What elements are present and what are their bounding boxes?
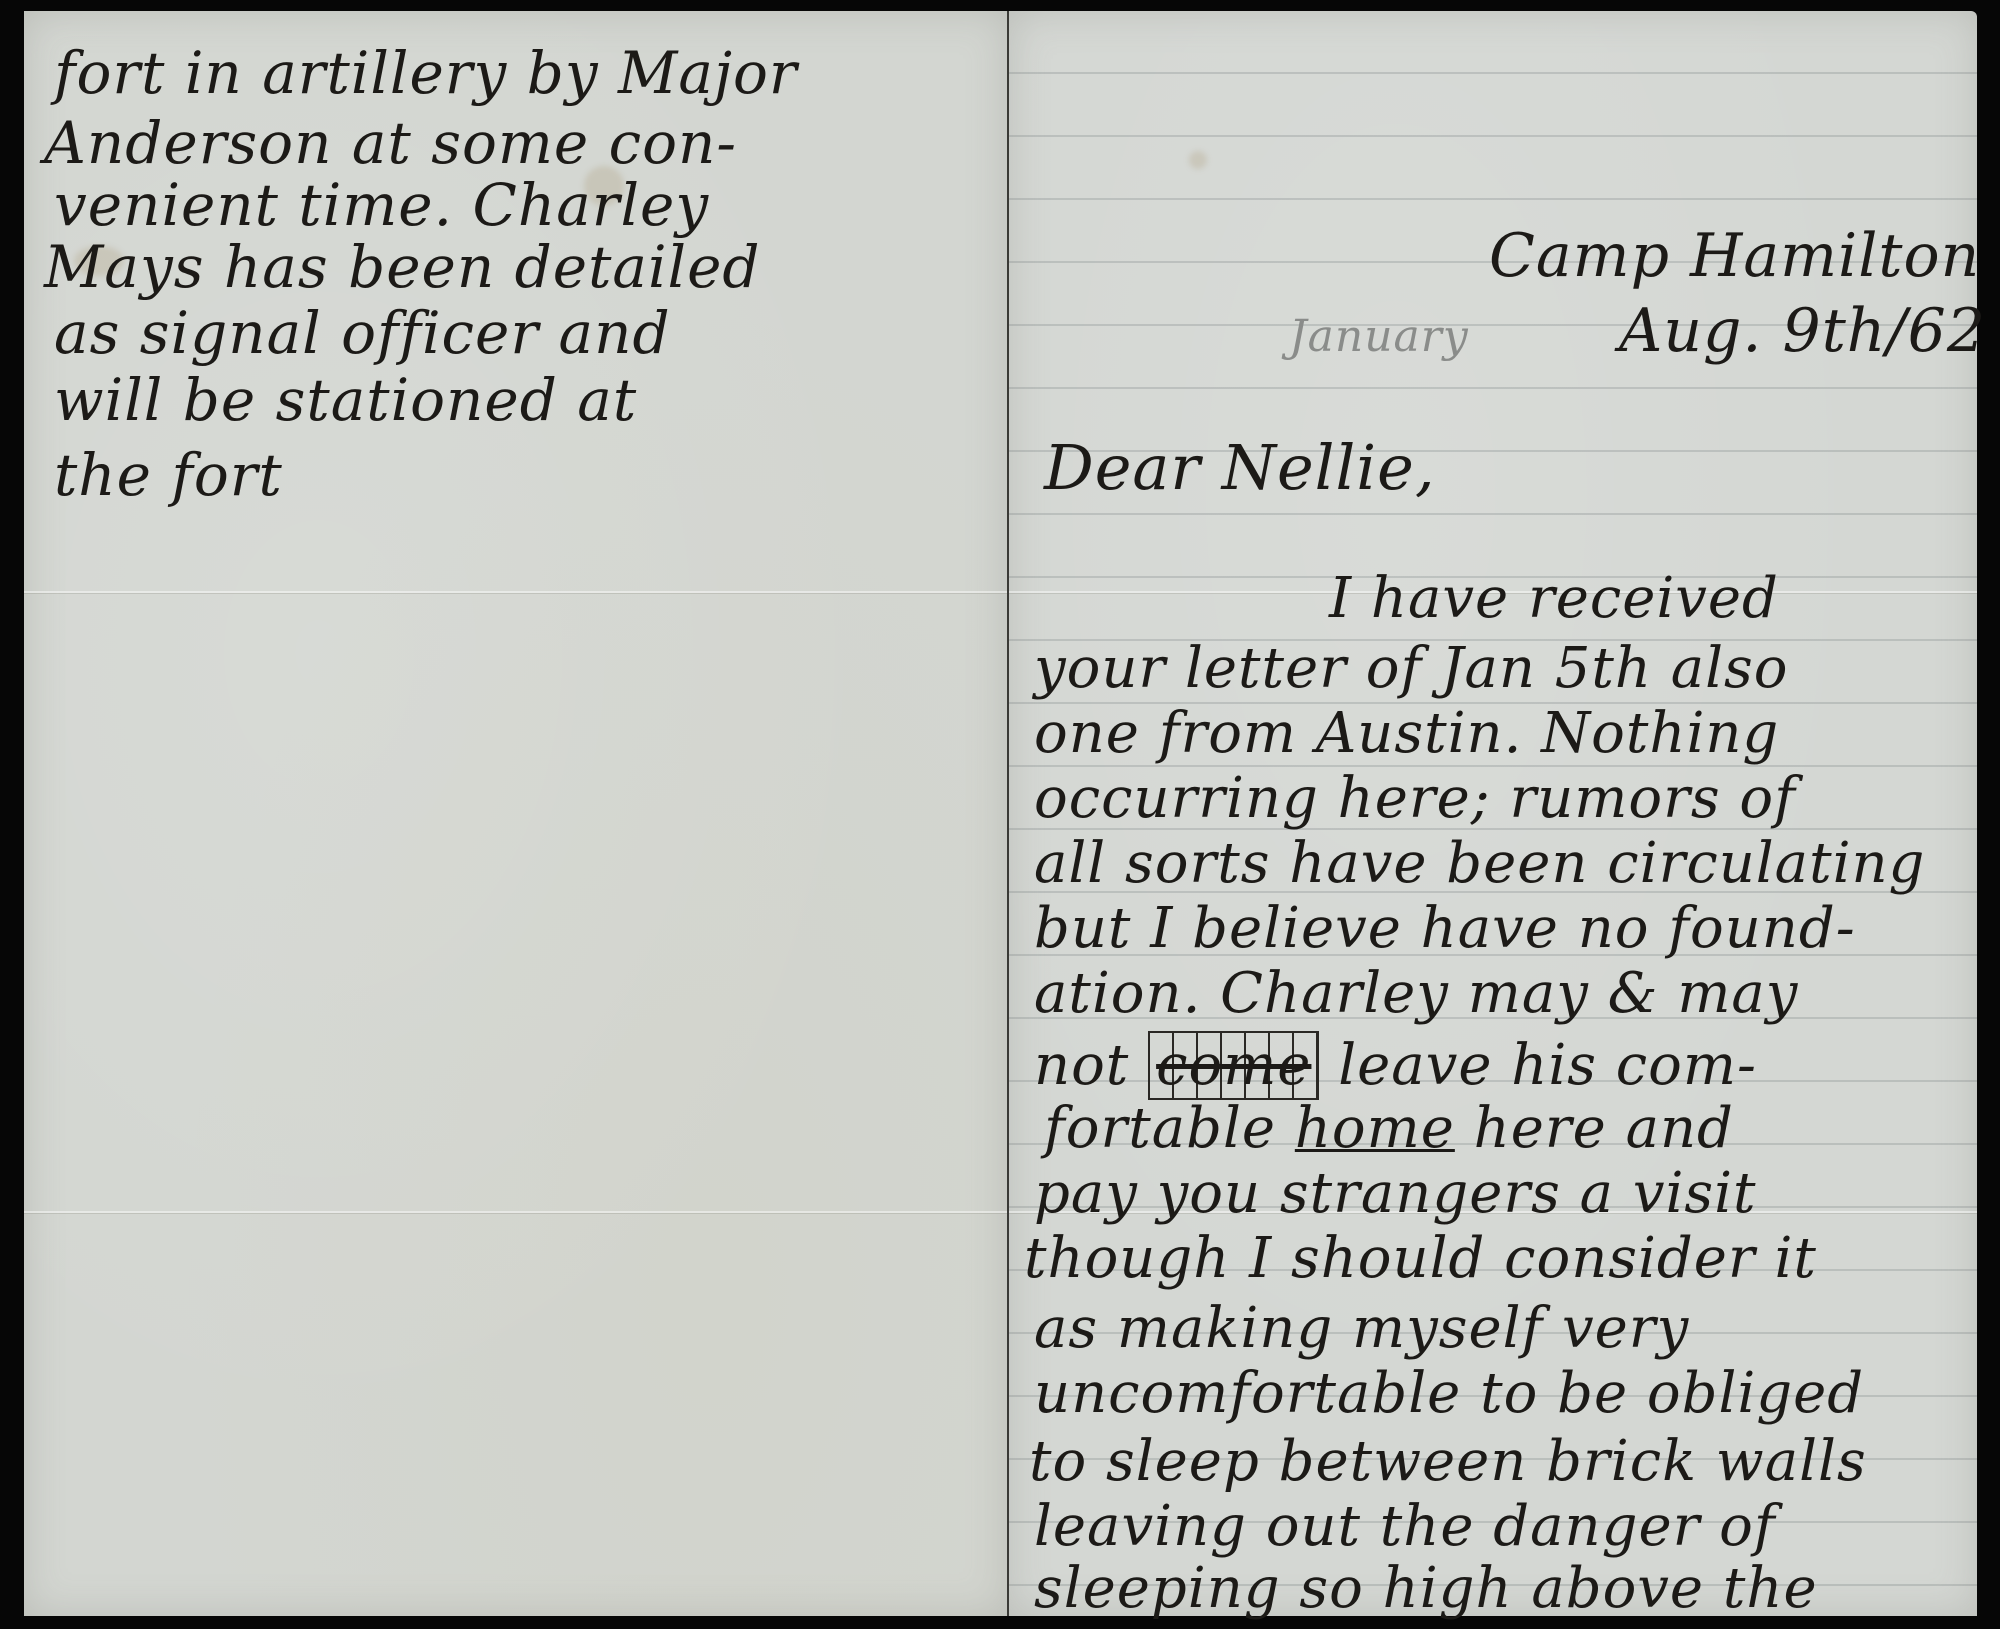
letter-line: fort in artillery by Major — [54, 39, 798, 107]
letter-line: your letter of Jan 5th also — [1034, 636, 1788, 701]
letter-line: sleeping so high above the — [1034, 1556, 1818, 1621]
letter-line: will be stationed at — [54, 366, 637, 434]
letter-word: fortable — [1044, 1096, 1276, 1161]
letter-line: Mays has been detailed — [44, 233, 761, 301]
letter-line: one from Austin. Nothing — [1034, 701, 1779, 766]
letter-line: pay you strangers a visit — [1034, 1161, 1757, 1226]
letter-line: as making myself very — [1034, 1296, 1689, 1361]
paper-fold-line — [24, 1211, 1007, 1213]
right-page: Camp Hamilton January Aug. 9th/62 Dear N… — [1009, 11, 1977, 1616]
struck-out-word: come — [1148, 1031, 1319, 1100]
letter-word: not — [1034, 1033, 1129, 1098]
pencil-note: January — [1289, 311, 1469, 362]
left-page: fort in artillery by Major Anderson at s… — [24, 11, 1009, 1616]
scanned-letter: fort in artillery by Major Anderson at s… — [0, 0, 2000, 1629]
letter-line: ation. Charley may & may — [1034, 961, 1798, 1026]
letter-line: all sorts have been circulating — [1034, 831, 1925, 896]
letter-line: as signal officer and — [54, 299, 671, 367]
small-stain — [1189, 151, 1207, 169]
heading-place: Camp Hamilton — [1489, 221, 1980, 291]
letter-line: leaving out the danger of — [1034, 1494, 1776, 1559]
letter-line: venient time. Charley — [54, 171, 709, 239]
letter-line: occurring here; rumors of — [1034, 766, 1796, 831]
salutation: Dear Nellie, — [1044, 431, 1436, 504]
heading-date: Aug. 9th/62 — [1619, 296, 1986, 366]
letter-line: Anderson at some con- — [44, 109, 737, 177]
letter-word: here and — [1474, 1096, 1734, 1161]
letter-line: uncomfortable to be obliged — [1034, 1361, 1864, 1426]
letter-line: I have received — [1329, 566, 1779, 631]
letter-line: not come leave his com- — [1034, 1031, 1757, 1100]
letter-line: but I believe have no found- — [1034, 896, 1856, 961]
letter-line: fortable home here and — [1044, 1096, 1734, 1161]
letter-line: to sleep between brick walls — [1029, 1429, 1867, 1494]
underlined-word: home — [1295, 1096, 1455, 1161]
letter-line: the fort — [54, 441, 283, 509]
letter-word: leave his com- — [1338, 1033, 1757, 1098]
paper-fold-line — [24, 591, 1007, 593]
letter-line: though I should consider it — [1024, 1226, 1817, 1291]
